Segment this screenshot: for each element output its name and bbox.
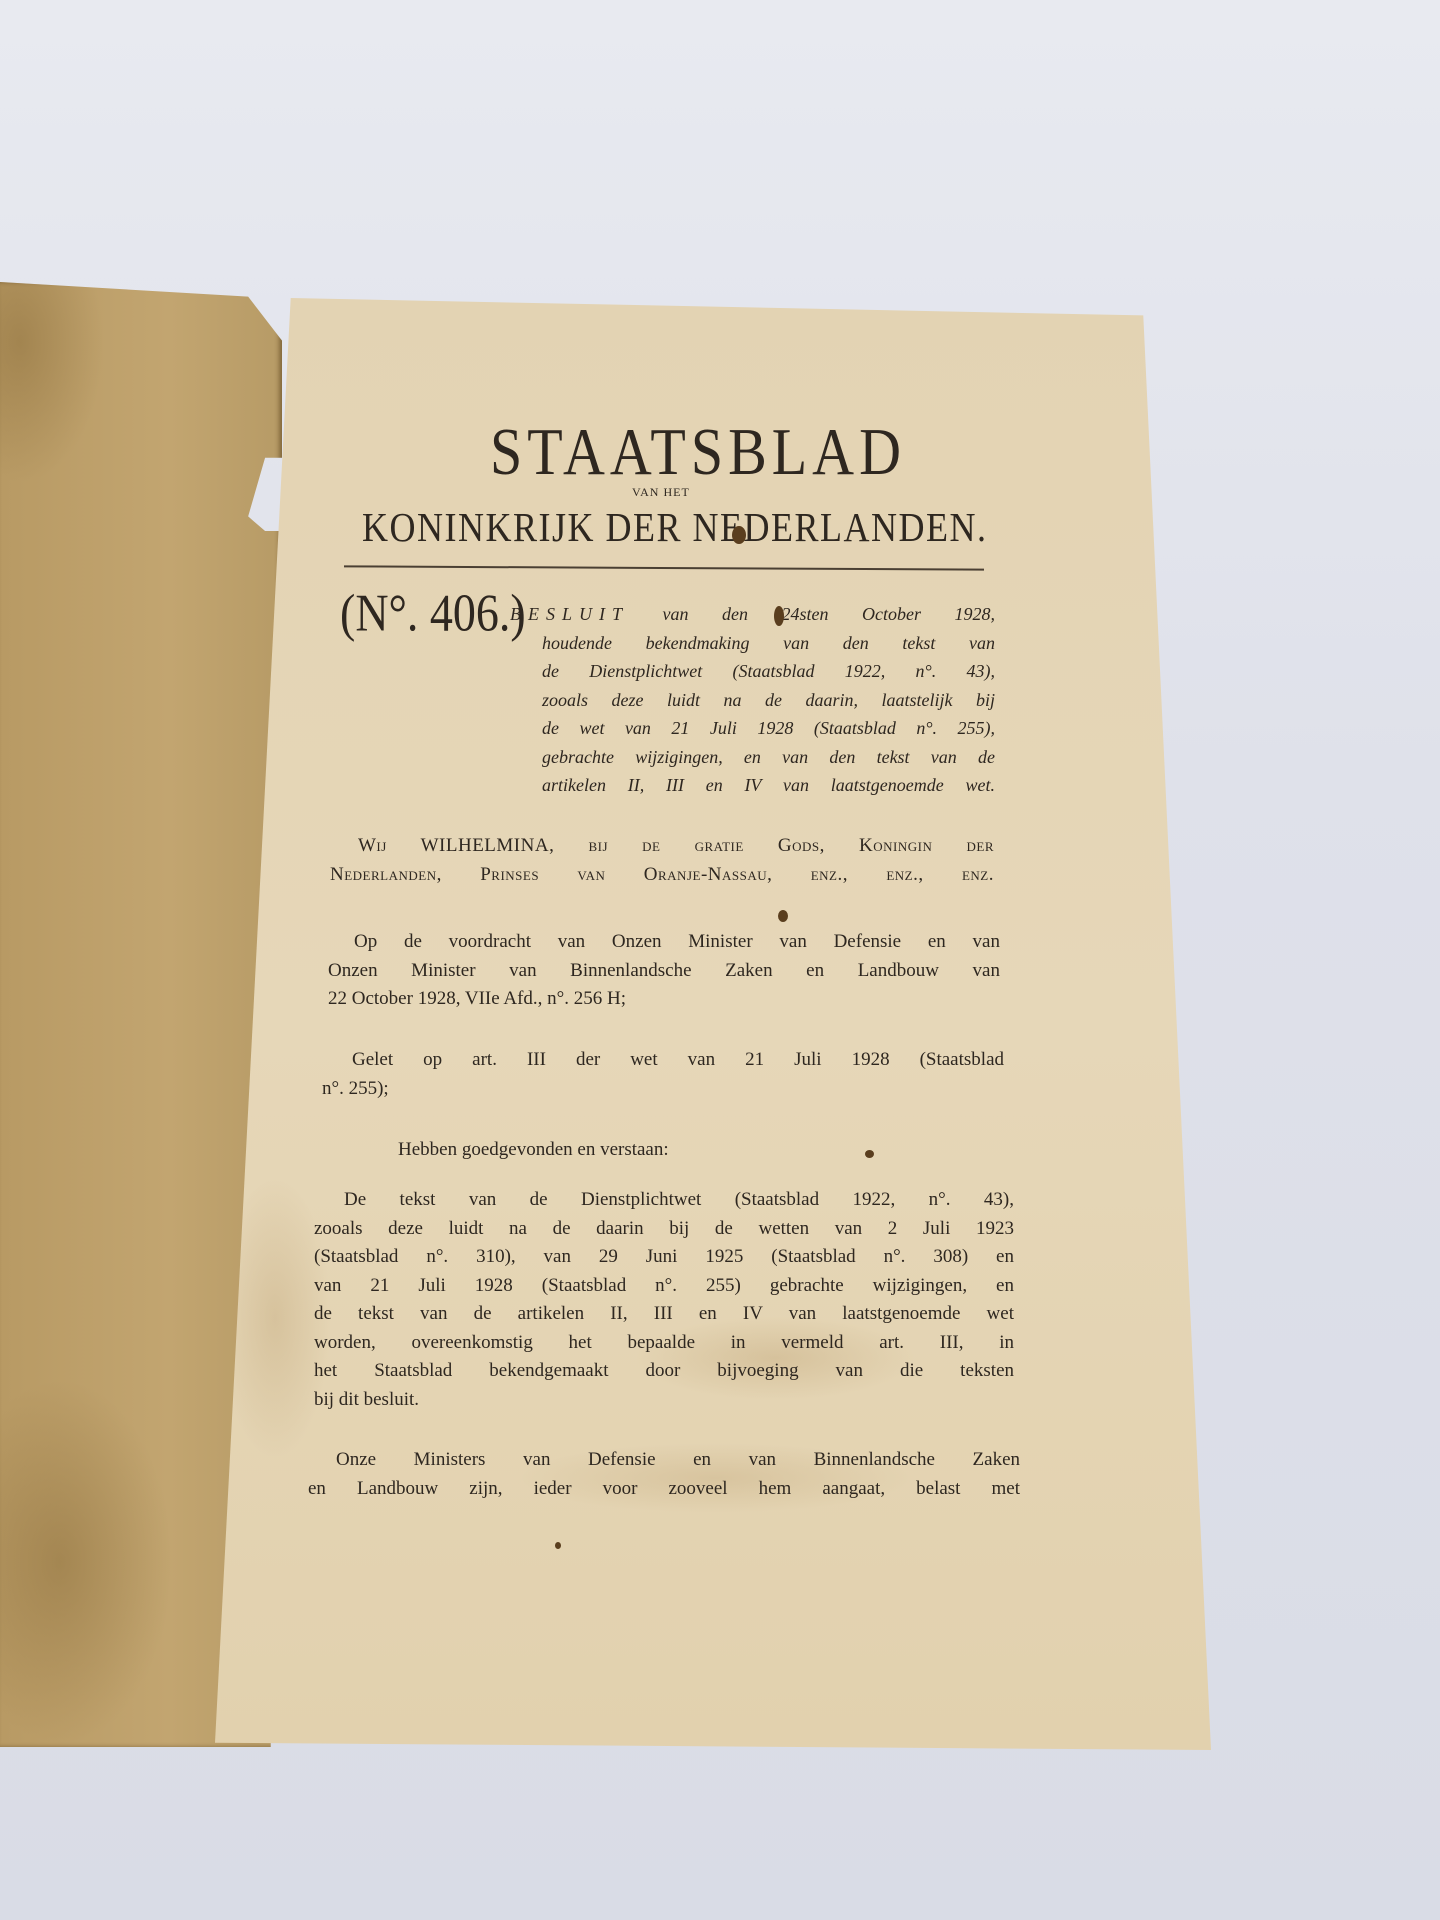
besluit-line-3: de Dienstplichtwet (Staatsblad 1922, n°.… <box>510 657 995 686</box>
ink-spot <box>732 526 746 544</box>
tekst-line-4: van 21 Juli 1928 (Staatsblad n°. 255) ge… <box>314 1272 1014 1301</box>
besluit-line-2: houdende bekendmaking van den tekst van <box>510 629 995 658</box>
gelet-paragraph: Gelet op art. III der wet van 21 Juli 19… <box>322 1046 1004 1103</box>
staatsblad-number: (N°. 406.) <box>340 582 526 643</box>
document-subtitle-small: VAN HET <box>632 485 690 500</box>
gelet-line-2: n°. 255); <box>322 1075 1004 1104</box>
voordracht-line-1: Op de voordracht van Onzen Minister van … <box>328 928 1000 957</box>
heading-rule <box>344 565 984 570</box>
gelet-line-1: Gelet op art. III der wet van 21 Juli 19… <box>322 1046 1004 1075</box>
voordracht-paragraph: Op de voordracht van Onzen Minister van … <box>328 928 1000 1014</box>
besluit-line-4: zooals deze luidt na de daarin, laatstel… <box>510 686 995 715</box>
preamble-paragraph: Wij WILHELMINA, bij de gratie Gods, Koni… <box>330 832 994 889</box>
tekst-line-6: worden, overeenkomstig het bepaalde in v… <box>314 1329 1014 1358</box>
tekst-line-2: zooals deze luidt na de daarin bij de we… <box>314 1215 1014 1244</box>
besluit-line-1: BESLUIT van den 24sten October 1928, <box>510 600 995 629</box>
onze-line-2: en Landbouw zijn, ieder voor zooveel hem… <box>308 1475 1020 1504</box>
besluit-line-6: gebrachte wijzigingen, en van den tekst … <box>510 743 995 772</box>
tekst-line-1: De tekst van de Dienstplichtwet (Staatsb… <box>314 1186 1014 1215</box>
tekst-paragraph: De tekst van de Dienstplichtwet (Staatsb… <box>314 1186 1014 1414</box>
hebben-line: Hebben goedgevonden en verstaan: <box>398 1136 669 1165</box>
voordracht-line-2: Onzen Minister van Binnenlandsche Zaken … <box>328 957 1000 986</box>
document-kingdom-heading: KONINKRIJK DER NEDERLANDEN. <box>362 503 987 551</box>
voordracht-line-3: 22 October 1928, VIIe Afd., n°. 256 H; <box>328 985 1000 1014</box>
besluit-line-7: artikelen II, III en IV van laatstgenoem… <box>510 771 995 800</box>
besluit-line-5: de wet van 21 Juli 1928 (Staatsblad n°. … <box>510 714 995 743</box>
besluit-summary: BESLUIT van den 24sten October 1928, hou… <box>510 600 995 800</box>
tekst-line-5: de tekst van de artikelen II, III en IV … <box>314 1300 1014 1329</box>
preamble-line-2: Nederlanden, Prinses van Oranje-Nassau, … <box>330 861 994 890</box>
ink-spot <box>778 910 788 922</box>
ink-spot <box>865 1150 874 1158</box>
document-text: STAATSBLAD VAN HET KONINKRIJK DER NEDERL… <box>0 0 1440 1920</box>
ink-spot <box>774 606 784 626</box>
tekst-line-7: het Staatsblad bekendgemaakt door bijvoe… <box>314 1357 1014 1386</box>
tekst-line-3: (Staatsblad n°. 310), van 29 Juni 1925 (… <box>314 1243 1014 1272</box>
preamble-line-1: Wij WILHELMINA, bij de gratie Gods, Koni… <box>330 832 994 861</box>
onze-line-1: Onze Ministers van Defensie en van Binne… <box>308 1446 1020 1475</box>
besluit-lead: BESLUIT <box>510 604 629 624</box>
document-title: STAATSBLAD <box>490 413 906 490</box>
onze-paragraph: Onze Ministers van Defensie en van Binne… <box>308 1446 1020 1503</box>
tekst-line-8: bij dit besluit. <box>314 1386 1014 1415</box>
ink-spot <box>555 1542 561 1549</box>
